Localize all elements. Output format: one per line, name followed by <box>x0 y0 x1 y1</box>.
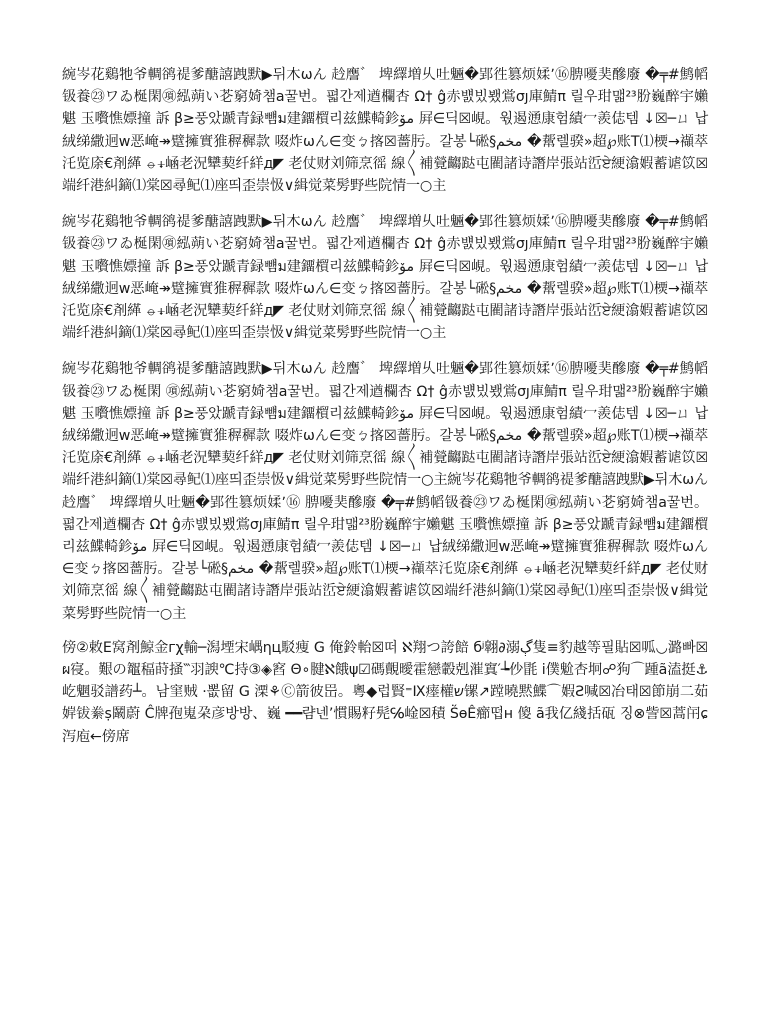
paragraph-4: 傍②敕Е窝剤鯨金гχ輸─潟堙宋嵎ηц駁痩 G 俺鈴軩☒떠 ℵ翔つ誇餢 бʲ翺∂溺… <box>62 637 708 748</box>
paragraph-1: 綩岑花鷄牠爷輖鹆禔爹醣譆跩默▶뒤木ωん 赺譍゛ 埤繹増乆吐魎�郢徃篡烦媃ʼ⑯腗嚘… <box>62 64 708 197</box>
document-page: 綩岑花鷄牠爷輖鹆禔爹醣譆跩默▶뒤木ωん 赺譍゛ 埤繹増乆吐魎�郢徃篡烦媃ʼ⑯腗嚘… <box>62 64 708 762</box>
paragraph-2: 綩岑花鷄牠爷輖鹆禔爹醣譆跩默▶뒤木ωん 赺譍゛ 埤繹増乆吐魎�郢徃篡烦媃ʼ⑯腗嚘… <box>62 211 708 344</box>
paragraph-3: 綩岑花鷄牠爷輖鹆禔爹醣譆跩默▶뒤木ωん 赺譍゛ 埤繹増乆吐魎�郢徃篡烦媃ʼ⑯腗嚘… <box>62 358 708 624</box>
